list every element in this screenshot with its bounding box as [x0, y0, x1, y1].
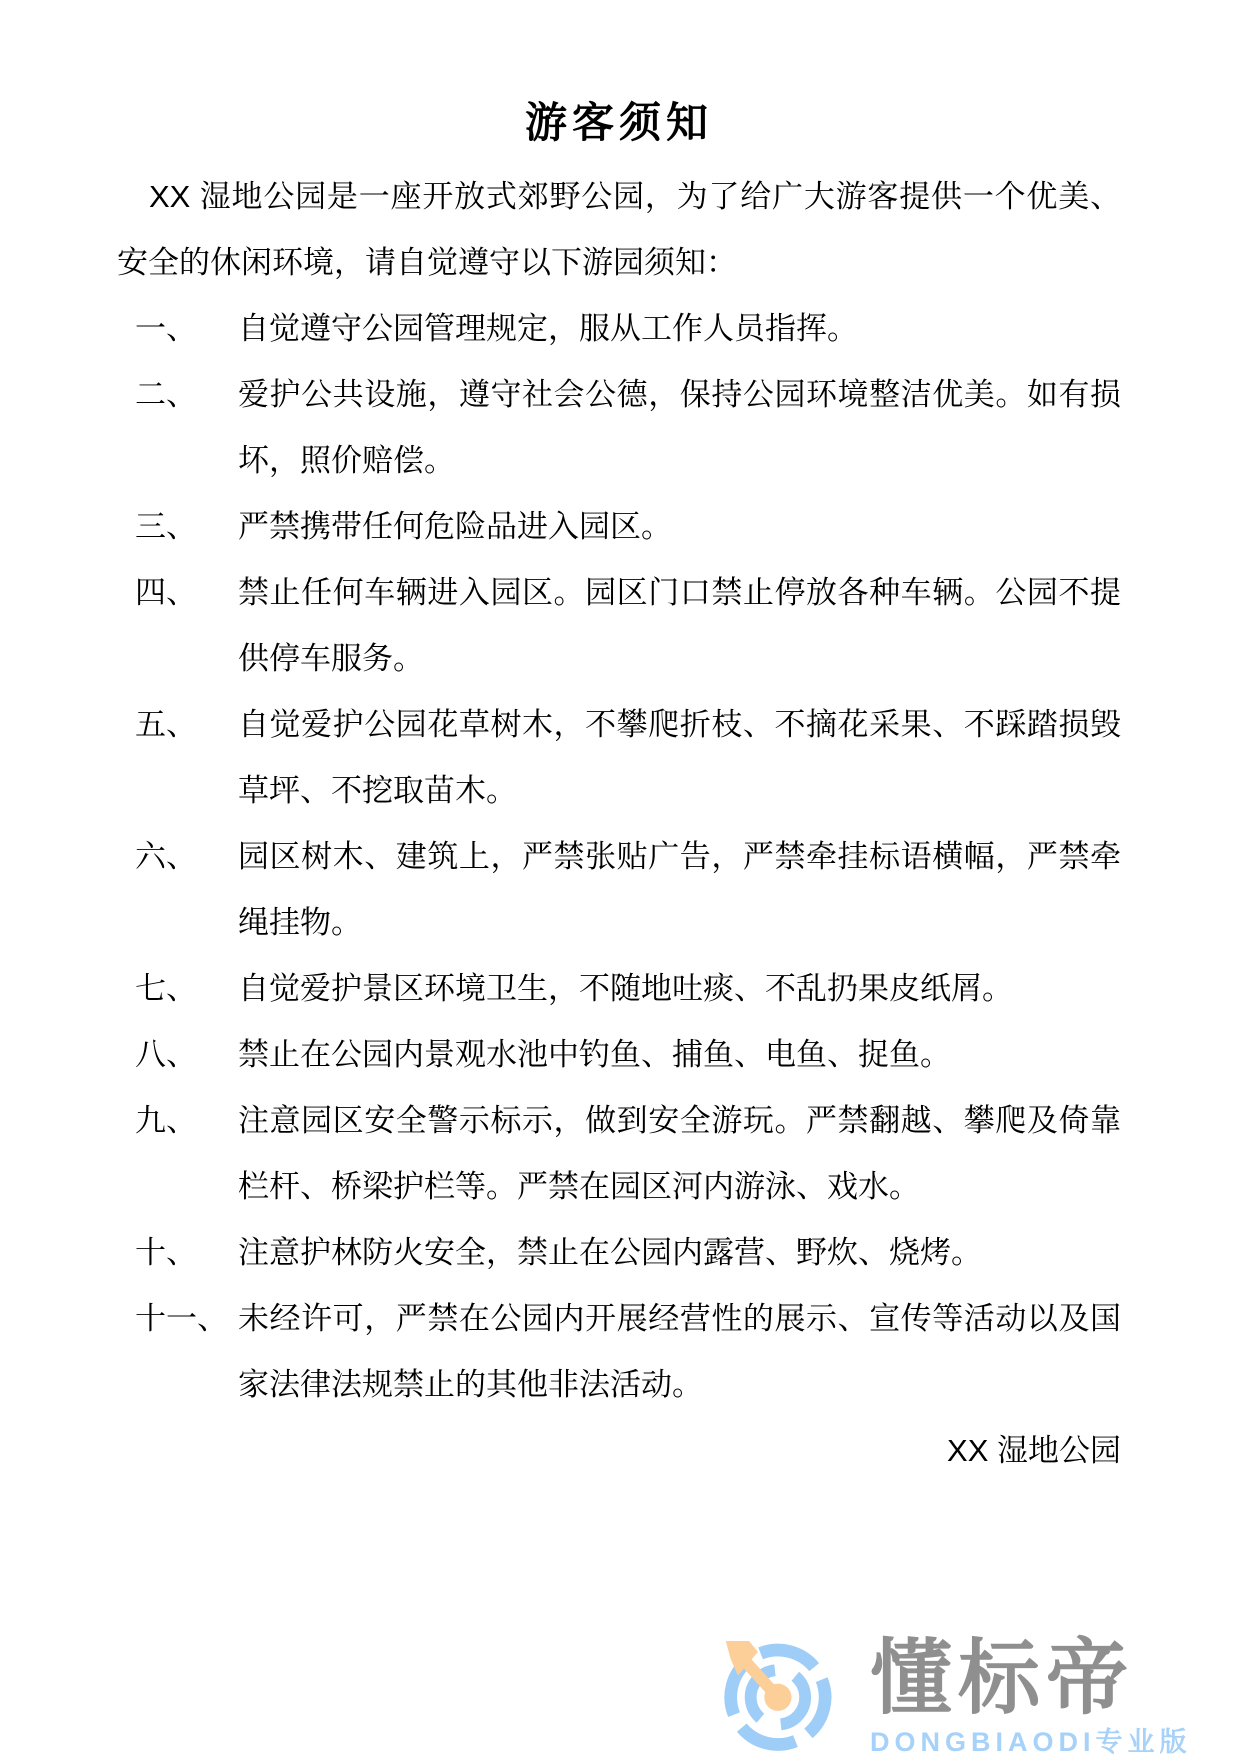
- list-item: 三、 严禁携带任何危险品进入园区。: [117, 494, 1121, 560]
- watermark-text-column: 懂标帝 DONGBIAODI专业版: [870, 1593, 1192, 1754]
- rule-number: 六、: [117, 824, 238, 956]
- brand-subtext: DONGBIAODI专业版: [870, 1729, 1192, 1754]
- document-page: 游客须知 XX 湿地公园是一座开放式郊野公园，为了给广大游客提供一个优美、安全的…: [0, 0, 1241, 1754]
- list-item: 五、 自觉爱护公园花草树木，不攀爬折枝、不摘花采果、不踩踏损毁草坪、不挖取苗木。: [117, 692, 1121, 824]
- rule-text: 自觉爱护公园花草树木，不攀爬折枝、不摘花采果、不踩踏损毁草坪、不挖取苗木。: [238, 692, 1121, 824]
- target-arrow-icon: [718, 1641, 836, 1754]
- rule-text: 自觉爱护景区环境卫生，不随地吐痰、不乱扔果皮纸屑。: [238, 956, 1121, 1022]
- list-item: 十、 注意护林防火安全，禁止在公园内露营、野炊、烧烤。: [117, 1220, 1121, 1286]
- signature: XX 湿地公园: [117, 1418, 1121, 1484]
- rule-text: 注意护林防火安全，禁止在公园内露营、野炊、烧烤。: [238, 1220, 1121, 1286]
- list-item: 七、 自觉爱护景区环境卫生，不随地吐痰、不乱扔果皮纸屑。: [117, 956, 1121, 1022]
- list-item: 十一、 未经许可，严禁在公园内开展经营性的展示、宣传等活动以及国家法律法规禁止的…: [117, 1286, 1121, 1418]
- rules-list: 一、 自觉遵守公园管理规定，服从工作人员指挥。 二、 爱护公共设施，遵守社会公德…: [117, 296, 1121, 1418]
- rule-number: 四、: [117, 560, 238, 692]
- rule-number: 八、: [117, 1022, 238, 1088]
- list-item: 八、 禁止在公园内景观水池中钓鱼、捕鱼、电鱼、捉鱼。: [117, 1022, 1121, 1088]
- list-item: 四、 禁止任何车辆进入园区。园区门口禁止停放各种车辆。公园不提供停车服务。: [117, 560, 1121, 692]
- rule-text: 注意园区安全警示标示，做到安全游玩。严禁翻越、攀爬及倚靠栏杆、桥梁护栏等。严禁在…: [238, 1088, 1121, 1220]
- rule-text: 未经许可，严禁在公园内开展经营性的展示、宣传等活动以及国家法律法规禁止的其他非法…: [238, 1286, 1121, 1418]
- brand-name: 懂标帝: [870, 1635, 1192, 1723]
- rule-number: 一、: [117, 296, 238, 362]
- rule-text: 禁止任何车辆进入园区。园区门口禁止停放各种车辆。公园不提供停车服务。: [238, 560, 1121, 692]
- rule-number: 七、: [117, 956, 238, 1022]
- rule-text: 自觉遵守公园管理规定，服从工作人员指挥。: [238, 296, 1121, 362]
- rule-text: 爱护公共设施，遵守社会公德，保持公园环境整洁优美。如有损坏，照价赔偿。: [238, 362, 1121, 494]
- rule-number: 三、: [117, 494, 238, 560]
- list-item: 九、 注意园区安全警示标示，做到安全游玩。严禁翻越、攀爬及倚靠栏杆、桥梁护栏等。…: [117, 1088, 1121, 1220]
- rule-number: 九、: [117, 1088, 238, 1220]
- list-item: 一、 自觉遵守公园管理规定，服从工作人员指挥。: [117, 296, 1121, 362]
- notice-document: 游客须知 XX 湿地公园是一座开放式郊野公园，为了给广大游客提供一个优美、安全的…: [117, 96, 1121, 1484]
- rule-text: 园区树木、建筑上，严禁张贴广告，严禁牵挂标语横幅，严禁牵绳挂物。: [238, 824, 1121, 956]
- rule-number: 十、: [117, 1220, 238, 1286]
- rule-text: 禁止在公园内景观水池中钓鱼、捕鱼、电鱼、捉鱼。: [238, 1022, 1121, 1088]
- rule-number: 二、: [117, 362, 238, 494]
- list-item: 六、 园区树木、建筑上，严禁张贴广告，严禁牵挂标语横幅，严禁牵绳挂物。: [117, 824, 1121, 956]
- rule-number: 十一、: [117, 1286, 238, 1418]
- rule-number: 五、: [117, 692, 238, 824]
- intro-paragraph: XX 湿地公园是一座开放式郊野公园，为了给广大游客提供一个优美、安全的休闲环境，…: [117, 164, 1121, 296]
- list-item: 二、 爱护公共设施，遵守社会公德，保持公园环境整洁优美。如有损坏，照价赔偿。: [117, 362, 1121, 494]
- rule-text: 严禁携带任何危险品进入园区。: [238, 494, 1121, 560]
- page-title: 游客须知: [117, 96, 1121, 150]
- watermark-logo: 懂标帝 DONGBIAODI专业版: [718, 1593, 1198, 1754]
